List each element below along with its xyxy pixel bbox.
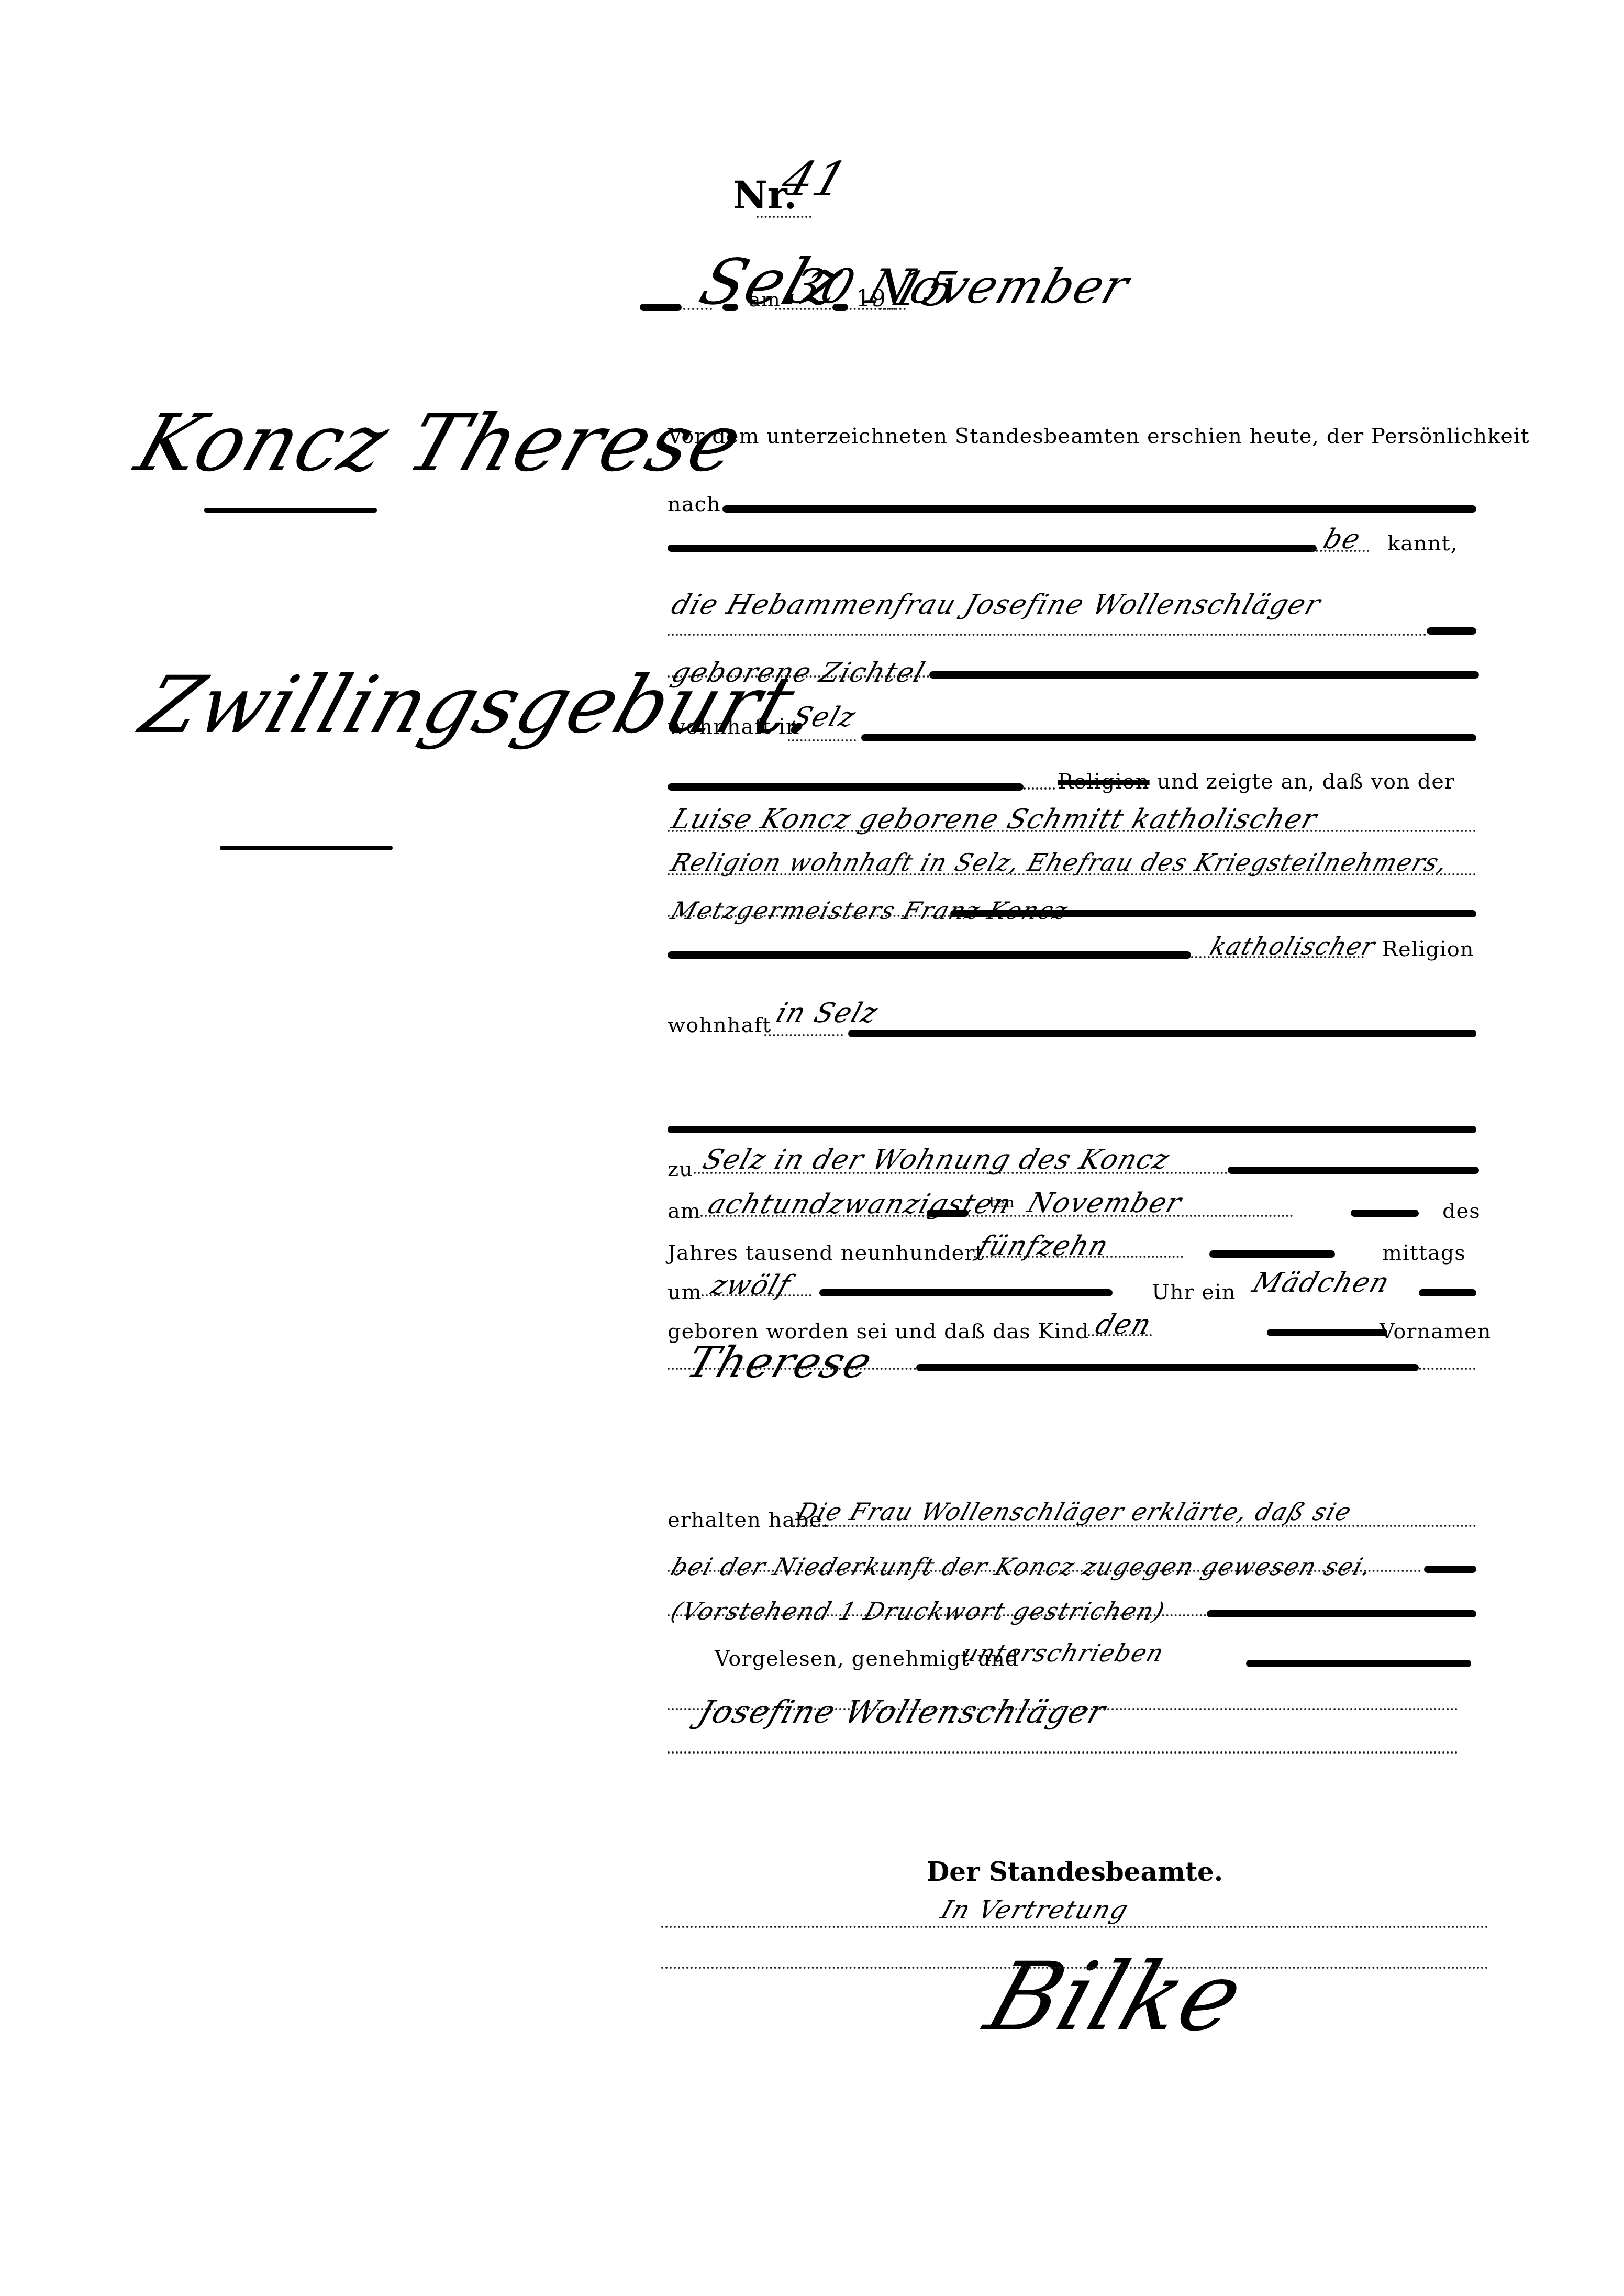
official-line1 [661, 1926, 1488, 1928]
birth-day-line [696, 1215, 1293, 1217]
register-number: 41 [775, 152, 855, 207]
struck-rule [722, 505, 1476, 513]
rule [1209, 1250, 1335, 1258]
informant-residence-line [788, 739, 856, 741]
mother-line1-rule [668, 830, 1476, 832]
birth-hour: zwölf [707, 1270, 795, 1301]
struck-rule [668, 783, 1024, 791]
rule [1424, 1566, 1476, 1573]
mittags-label: mittags [1382, 1241, 1466, 1265]
informant-residence: Selz [788, 702, 860, 733]
religion-struck-label: Religion [1058, 770, 1150, 794]
struck-rule [668, 951, 1191, 959]
rule [950, 910, 1476, 917]
nach-label: nach [668, 492, 721, 516]
rule [1267, 1329, 1387, 1336]
official-signature: Bilke [974, 1943, 1257, 2052]
birth-day-label: am [668, 1199, 701, 1223]
rule [861, 734, 1476, 741]
rule [929, 671, 1479, 679]
mother-line2: Religion wohnhaft in Selz, Ehefrau des K… [668, 848, 1452, 877]
informant-signature: Josefine Wollenschläger [694, 1694, 1111, 1731]
remark-line2-rule [668, 1570, 1421, 1572]
place-line [683, 308, 712, 310]
uhr-label: Uhr ein [1152, 1280, 1236, 1304]
child-sex: Mädchen [1249, 1267, 1394, 1299]
official-line2 [661, 1967, 1488, 1969]
register-number-line [757, 216, 811, 218]
rule [819, 1289, 1113, 1296]
ten-label: ten [989, 1194, 1015, 1211]
parents-residence: in Selz [772, 997, 883, 1029]
remark-line1-rule [793, 1525, 1476, 1527]
official-note: In Vertretung [937, 1895, 1132, 1925]
rule [848, 1030, 1476, 1037]
margin-divider [204, 508, 377, 513]
year-words-label: Jahres tausend neunhundert [668, 1241, 984, 1265]
margin-name: Koncz Therese [126, 398, 754, 489]
remark-line3-rule [668, 1614, 1207, 1616]
rule [1351, 1210, 1419, 1217]
remark-line2: bei der Niederkunft der Koncz zugegen ge… [668, 1552, 1376, 1581]
child-name: Therese [681, 1338, 879, 1388]
known-label: kannt, [1387, 531, 1458, 556]
des-label: des [1442, 1199, 1481, 1223]
kind-pronoun-line [1084, 1334, 1152, 1336]
birth-month: November [1024, 1188, 1186, 1219]
rule [1207, 1610, 1476, 1617]
official-title: Der Standesbeamte. [927, 1856, 1223, 1887]
birth-hour-line [702, 1294, 811, 1296]
struck-rule [668, 545, 1317, 552]
informant-line2: geborene Zichtel [668, 657, 929, 689]
remark-line3: (Vorstehend 1 Druckwort gestrichen) [668, 1597, 1169, 1625]
birth-place-label: zu [668, 1157, 693, 1181]
religion-line [1024, 787, 1055, 790]
birth-year-line [974, 1256, 1183, 1258]
rule [1246, 1660, 1471, 1667]
signature-line1 [668, 1708, 1458, 1710]
intro-text: Vor dem unterzeichneten Standesbeamten e… [668, 424, 1530, 448]
margin-divider-bottom [220, 846, 393, 850]
birth-place-line [694, 1172, 1228, 1174]
mother-line3-rule [668, 915, 950, 917]
rule [1419, 1289, 1476, 1296]
informant-line2-rule [668, 675, 929, 678]
rule [832, 304, 848, 311]
hour-label: um [668, 1280, 702, 1304]
struck-rule [668, 1126, 1476, 1133]
rule [1228, 1167, 1479, 1174]
read-approved-handwritten: unterschrieben [958, 1639, 1169, 1667]
informant-residence-label: wohnhaft in [668, 715, 800, 739]
known-line [1311, 550, 1369, 552]
mother-line2-rule [668, 873, 1476, 875]
rule [1427, 627, 1476, 635]
informant-line1: die Hebammenfrau Josefine Wollenschläger [668, 589, 1325, 620]
rule [916, 1364, 1419, 1371]
parents-residence-line [764, 1034, 843, 1036]
religion-label: Religion [1382, 937, 1474, 961]
rule [927, 1210, 969, 1217]
zeigte-an-text: und zeigte an, daß von der [1157, 770, 1455, 794]
birth-place: Selz in der Wohnung des Koncz [699, 1144, 1174, 1175]
first-name-label: Vornamen [1380, 1319, 1491, 1344]
rule [722, 304, 738, 311]
father-religion-line [1191, 956, 1364, 958]
remark-line1: Die Frau Wollenschläger erklärte, daß si… [793, 1498, 1356, 1526]
year-line [880, 308, 895, 310]
informant-line1-rule [668, 634, 1427, 636]
parents-residence-label: wohnhaft [668, 1013, 771, 1037]
signature-line2 [668, 1751, 1458, 1754]
rule [640, 304, 682, 311]
